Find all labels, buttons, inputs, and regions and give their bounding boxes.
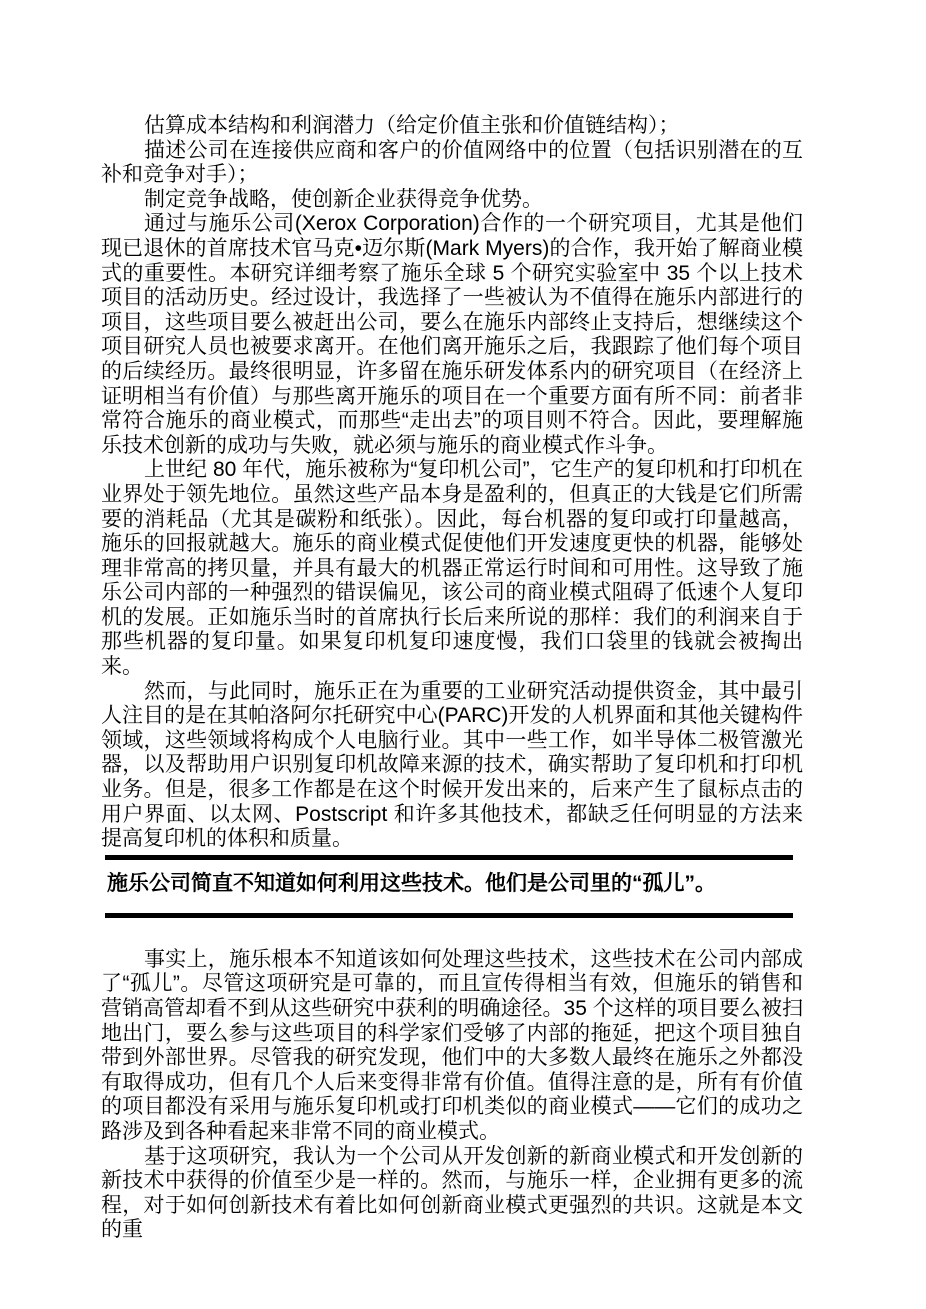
body-paragraph: 通过与施乐公司(Xerox Corporation)合作的一个研究项目，尤其是他… [101, 212, 803, 458]
body-paragraph: 估算成本结构和利润潜力（给定价值主张和价值链结构）； [101, 114, 803, 139]
document-content: 估算成本结构和利润潜力（给定价值主张和价值链结构）； 描述公司在连接供应商和客户… [101, 114, 803, 1243]
body-paragraph: 描述公司在连接供应商和客户的价值网络中的位置（包括识别潜在的互补和竞争对手）； [101, 139, 803, 188]
body-paragraph: 然而，与此同时，施乐正在为重要的工业研究活动提供资金，其中最引人注目的是在其帕洛… [101, 680, 803, 852]
body-paragraph: 基于这项研究，我认为一个公司从开发创新的新商业模式和开发创新的新技术中获得的价值… [101, 1145, 803, 1243]
pull-quote-block: 施乐公司简直不知道如何利用这些技术。他们是公司里的“孤儿”。 [105, 855, 793, 918]
body-paragraph: 事实上，施乐根本不知道该如何处理这些技术，这些技术在公司内部成了“孤儿”。尽管这… [101, 948, 803, 1145]
body-paragraph: 制定竞争战略，使创新企业获得竞争优势。 [101, 188, 803, 213]
document-page: 估算成本结构和利润潜力（给定价值主张和价值链结构）； 描述公司在连接供应商和客户… [0, 0, 926, 1309]
pull-quote-text: 施乐公司简直不知道如何利用这些技术。他们是公司里的“孤儿”。 [105, 860, 793, 913]
body-paragraph: 上世纪 80 年代，施乐被称为“复印机公司”，它生产的复印机和打印机在业界处于领… [101, 458, 803, 679]
pull-quote-bottom-rule [105, 913, 793, 918]
